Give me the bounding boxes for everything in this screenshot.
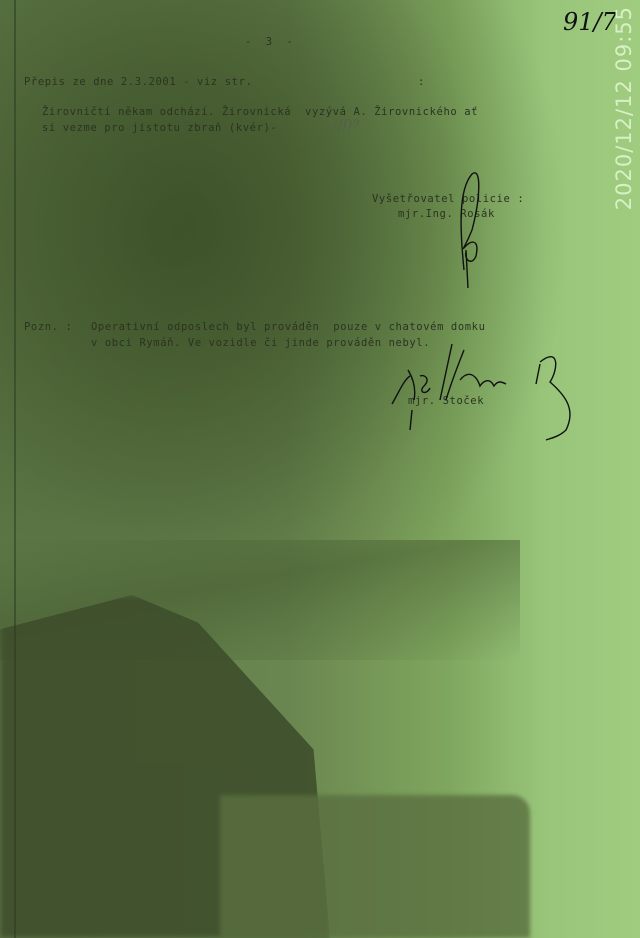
note-label: Pozn. : [24, 321, 72, 333]
note-line-1: Operativní odposlech byl prováděn pouze … [91, 321, 486, 333]
page-number: - 3 - [245, 36, 293, 48]
page-edge [14, 0, 16, 938]
header-colon: : [418, 76, 425, 88]
body-line-1: Žirovničtí někam odchází. Žirovnická vyz… [42, 106, 478, 118]
note-line-2: v obci Rymáň. Ve vozidle či jinde provád… [91, 337, 430, 349]
object-shadow [220, 795, 530, 938]
photo-timestamp: 2020/12/12 09:55 [612, 6, 636, 210]
signatory-1-title: Vyšetřovatel policie : [372, 193, 524, 205]
handwritten-page-ref: 91/7 [563, 8, 617, 36]
signature-1 [450, 170, 490, 290]
body-line-2: si vezme pro jistotu zbraň (kvér)- [42, 122, 277, 134]
circled-mark: (ff)? [333, 118, 359, 133]
header-line: Přepis ze dne 2.3.2001 - viz str. [24, 76, 252, 88]
signature-2 [390, 340, 580, 440]
